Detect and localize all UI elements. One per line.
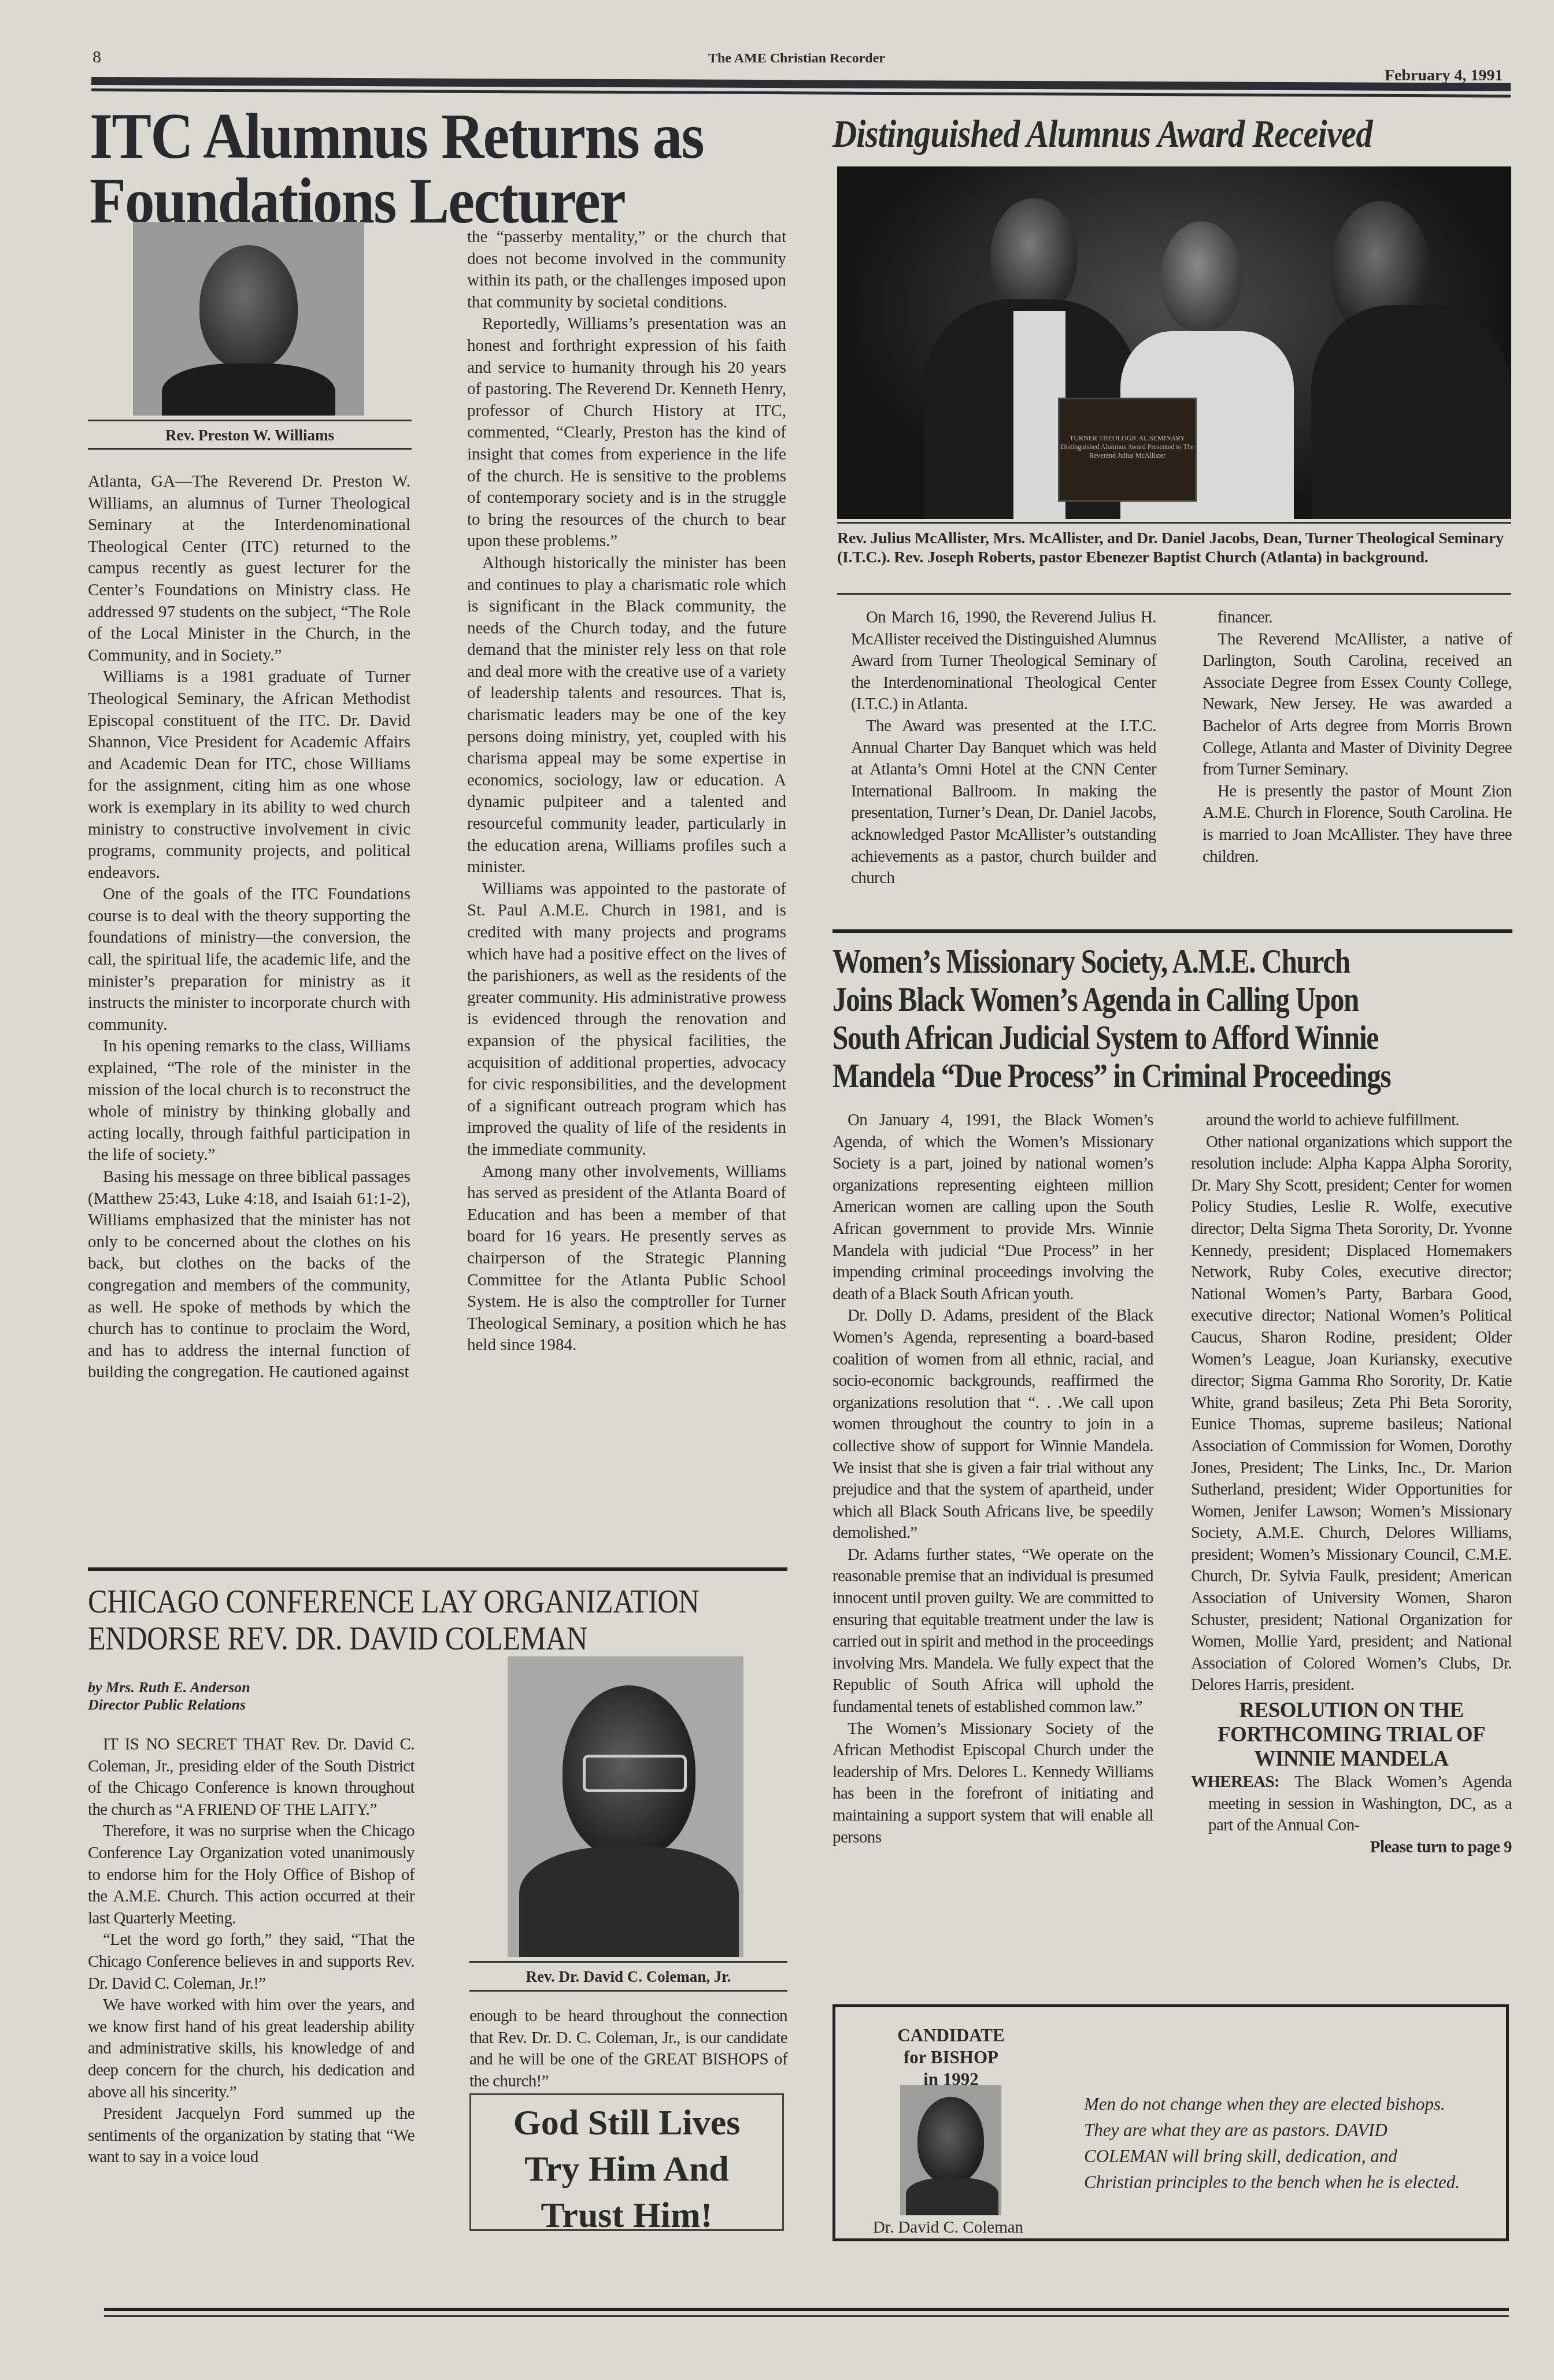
- wms-paragraph: The Women’s Missionary Society of the Af…: [832, 1718, 1153, 1849]
- resolution-heading: RESOLUTION ON THE FORTHCOMING TRIAL OF W…: [1191, 1699, 1512, 1771]
- chicago-paragraph: IT IS NO SECRET THAT Rev. Dr. David C. C…: [88, 1734, 415, 1821]
- publication-name: The AME Christian Recorder: [708, 51, 885, 66]
- award-headline: Distinguished Alumnus Award Received: [832, 111, 1372, 157]
- itc-paragraph: Atlanta, GA—The Reverend Dr. Preston W. …: [88, 471, 410, 666]
- itc-paragraph: Basing his message on three biblical pas…: [88, 1166, 410, 1384]
- candidate-photo-caption: Dr. David C. Coleman: [870, 2218, 1026, 2237]
- chicago-headline-line2: ENDORSE REV. DR. DAVID COLEMAN: [88, 1621, 699, 1658]
- wms-top-rule: [832, 929, 1512, 933]
- award-paragraph: On March 16, 1990, the Reverend Julius H…: [851, 607, 1156, 716]
- coleman-photo: [508, 1656, 743, 1957]
- glasses: [583, 1755, 687, 1792]
- wms-headline-line: Mandela “Due Process” in Criminal Procee…: [832, 1056, 1390, 1095]
- candidate-photo: [900, 2085, 1001, 2215]
- itc-paragraph: One of the goals of the ITC Foundations …: [88, 884, 410, 1036]
- chicago-paragraph: Therefore, it was no surprise when the C…: [88, 1821, 415, 1929]
- itc-paragraph: Reportedly, Williams’s presentation was …: [467, 313, 786, 553]
- chicago-paragraph: “Let the word go forth,” they said, “Tha…: [88, 1929, 415, 1995]
- candidate-title-line: CANDIDATE: [893, 2025, 1009, 2047]
- itc-paragraph: Although historically the minister has b…: [467, 553, 786, 878]
- itc-paragraph: In his opening remarks to the class, Wil…: [88, 1036, 410, 1166]
- wms-organizations: Other national organizations which suppo…: [1191, 1132, 1512, 1696]
- caption-rule-bottom: [88, 448, 412, 450]
- award-photo-caption: Rev. Julius McAllister, Mrs. McAllister,…: [837, 529, 1511, 567]
- wms-headline-line: Joins Black Women’s Agenda in Calling Up…: [832, 980, 1390, 1018]
- chicago-headline: CHICAGO CONFERENCE LAY ORGANIZATION ENDO…: [88, 1584, 767, 1658]
- whereas-label: WHEREAS:: [1191, 1773, 1279, 1791]
- page-number: 8: [92, 47, 101, 67]
- itc-paragraph: Among many other involvements, Williams …: [467, 1161, 786, 1356]
- box-line: Trust Him!: [471, 2192, 782, 2238]
- itc-column-2: the “passerby mentality,” or the church …: [467, 227, 786, 1356]
- wms-paragraph-lead: around the world to achieve fulfillment.: [1191, 1110, 1512, 1132]
- award-photo: TURNER THEOLOGICAL SEMINARY Distinguishe…: [837, 166, 1511, 519]
- award-paragraph: financer.: [1202, 607, 1512, 629]
- award-caption-rule-bottom: [837, 593, 1511, 595]
- byline-name: by Mrs. Ruth E. Anderson: [88, 1679, 250, 1696]
- wms-paragraph: Dr. Dolly D. Adams, president of the Bla…: [832, 1305, 1153, 1544]
- candidate-title-line: for BISHOP: [893, 2047, 1009, 2068]
- bottom-rule: [104, 2308, 1509, 2311]
- williams-photo-caption: Rev. Preston W. Williams: [88, 427, 412, 444]
- box-line: Try Him And: [471, 2146, 782, 2192]
- byline-title: Director Public Relations: [88, 1696, 250, 1714]
- award-column-2: financer. The Reverend McAllister, a nat…: [1202, 607, 1512, 868]
- award-paragraph: He is presently the pastor of Mount Zion…: [1202, 781, 1512, 868]
- wms-headline: Women’s Missionary Society, A.M.E. Churc…: [832, 942, 1513, 1095]
- candidate-ad: CANDIDATE for BISHOP in 1992 Dr. David C…: [832, 2004, 1509, 2241]
- itc-paragraph: Williams is a 1981 graduate of Turner Th…: [88, 666, 410, 884]
- chicago-paragraph: We have worked with him over the years, …: [88, 1995, 415, 2103]
- itc-headline-line1: ITC Alumnus Returns as: [90, 104, 781, 169]
- award-plaque: TURNER THEOLOGICAL SEMINARY Distinguishe…: [1058, 398, 1197, 502]
- box-line: God Still Lives: [471, 2100, 782, 2146]
- itc-paragraph: Williams was appointed to the pastorate …: [467, 878, 786, 1161]
- chicago-top-rule: [88, 1567, 787, 1571]
- coleman-caption-rule-bottom: [469, 1990, 787, 1992]
- candidate-quote: Men do not change when they are elected …: [1084, 2091, 1463, 2195]
- wms-paragraph: On January 4, 1991, the Black Women’s Ag…: [832, 1110, 1153, 1305]
- caption-rule-top: [88, 420, 412, 421]
- award-column-1: On March 16, 1990, the Reverend Julius H…: [851, 607, 1156, 889]
- itc-headline: ITC Alumnus Returns as Foundations Lectu…: [90, 104, 841, 233]
- bottom-rule-thin: [104, 2315, 1509, 2317]
- award-paragraph: The Award was presented at the I.T.C. An…: [851, 716, 1156, 889]
- itc-column-1: Atlanta, GA—The Reverend Dr. Preston W. …: [88, 471, 410, 1384]
- wms-headline-line: Women’s Missionary Society, A.M.E. Churc…: [832, 942, 1390, 980]
- candidate-title: CANDIDATE for BISHOP in 1992: [893, 2025, 1009, 2090]
- continuation-note: Please turn to page 9: [1191, 1837, 1512, 1859]
- wms-column-1: On January 4, 1991, the Black Women’s Ag…: [832, 1110, 1153, 1848]
- award-paragraph: The Reverend McAllister, a native of Dar…: [1202, 629, 1512, 781]
- god-still-lives-box: God Still Lives Try Him And Trust Him!: [469, 2093, 784, 2231]
- byline: by Mrs. Ruth E. Anderson Director Public…: [88, 1679, 250, 1714]
- wms-paragraph: Dr. Adams further states, “We operate on…: [832, 1544, 1153, 1718]
- wms-column-2: around the world to achieve fulfillment.…: [1191, 1110, 1512, 1858]
- itc-paragraph: the “passerby mentality,” or the church …: [467, 227, 786, 313]
- award-caption-rule-top: [837, 522, 1511, 524]
- chicago-column-2: enough to be heard throughout the connec…: [469, 2005, 787, 2092]
- chicago-paragraph: President Jacquelyn Ford summed up the s…: [88, 2103, 415, 2168]
- wms-headline-line: South African Judicial System to Afford …: [832, 1018, 1390, 1056]
- coleman-caption-rule-top: [469, 1961, 787, 1963]
- chicago-headline-line1: CHICAGO CONFERENCE LAY ORGANIZATION: [88, 1584, 699, 1621]
- chicago-column-1: IT IS NO SECRET THAT Rev. Dr. David C. C…: [88, 1734, 415, 2168]
- williams-photo: [133, 222, 364, 416]
- coleman-photo-caption: Rev. Dr. David C. Coleman, Jr.: [469, 1968, 787, 1986]
